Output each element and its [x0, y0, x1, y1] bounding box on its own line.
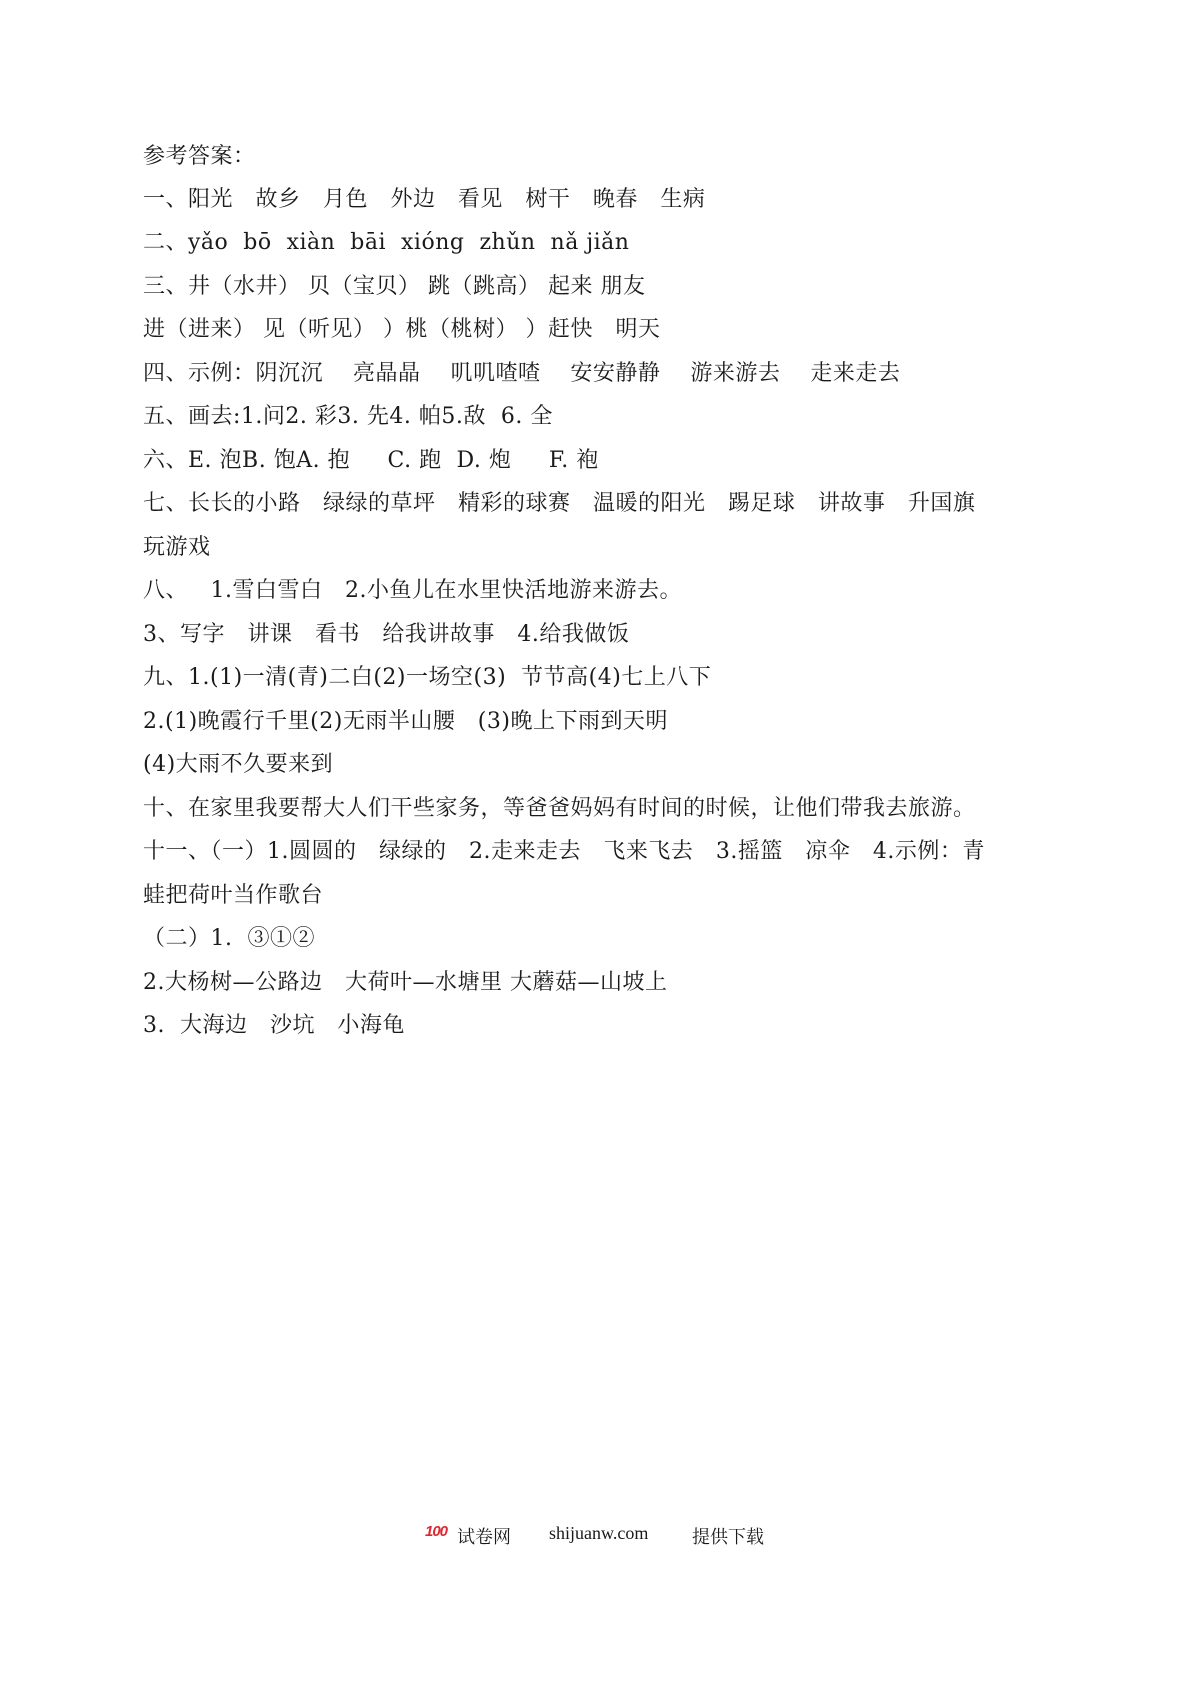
answer-key-title: 参考答案：	[143, 142, 256, 172]
answer-line-10: 十、在家里我要帮大人们干些家务，等爸爸妈妈有时间的时候，让他们带我去旅游。	[143, 794, 976, 824]
answer-line-7-cont: 玩游戏	[143, 533, 211, 563]
site-domain: shijuanw.com	[549, 1523, 648, 1544]
answer-line-11: 十一、（一）1.圆圆的 绿绿的 2.走来走去 飞来飞去 3.摇篮 凉伞 4.示例…	[143, 837, 985, 867]
answer-line-8-cont: 3、写字 讲课 看书 给我讲故事 4.给我做饭	[143, 620, 629, 650]
answer-line-11-part2: （二）1. ③①②	[143, 924, 315, 954]
site-logo-icon: 100	[425, 1523, 447, 1540]
site-name: 试卷网	[457, 1523, 511, 1549]
answer-line-1: 一、阳光 故乡 月色 外边 看见 树干 晚春 生病	[143, 185, 705, 215]
answer-line-7: 七、长长的小路 绿绿的草坪 精彩的球赛 温暖的阳光 踢足球 讲故事 升国旗	[143, 489, 975, 519]
answer-line-6: 六、E. 泡B. 饱A. 抱 C. 跑 D. 炮 F. 袍	[143, 446, 599, 476]
answer-line-2: 二、yǎo bō xiàn bāi xióng zhǔn nǎ jiǎn	[143, 228, 629, 258]
answer-line-9: 九、1.(1)一清(青)二白(2)一场空(3) 节节高(4)七上八下	[143, 663, 711, 693]
answer-line-5: 五、画去:1.问2. 彩3. 先4. 帕5.敌 6. 全	[143, 402, 553, 432]
answer-line-3-cont: 进（进来） 见（听见） ）桃（桃树） ）赶快 明天	[143, 315, 660, 345]
page-footer: 100 试卷网 shijuanw.com 提供下载	[0, 1521, 1191, 1551]
answer-line-3: 三、井（水井） 贝（宝贝） 跳（跳高） 起来 朋友	[143, 272, 645, 302]
answer-line-4: 四、示例：阴沉沉 亮晶晶 叽叽喳喳 安安静静 游来游去 走来走去	[143, 359, 900, 389]
answer-line-11-cont: 蛙把荷叶当作歌台	[143, 881, 323, 911]
answer-line-11-part2-item3: 3. 大海边 沙坑 小海龟	[143, 1011, 405, 1041]
answer-line-9-cont: (4)大雨不久要来到	[143, 750, 333, 780]
answer-line-9-part2: 2.(1)晚霞行千里(2)无雨半山腰 (3)晚上下雨到天明	[143, 707, 668, 737]
answer-line-8: 八、 1.雪白雪白 2.小鱼儿在水里快活地游来游去。	[143, 576, 682, 606]
download-note: 提供下载	[692, 1523, 764, 1549]
answer-line-11-part2-item2: 2.大杨树—公路边 大荷叶—水塘里 大蘑菇—山坡上	[143, 968, 667, 998]
document-page: 参考答案： 一、阳光 故乡 月色 外边 看见 树干 晚春 生病 二、yǎo bō…	[0, 0, 1191, 1684]
